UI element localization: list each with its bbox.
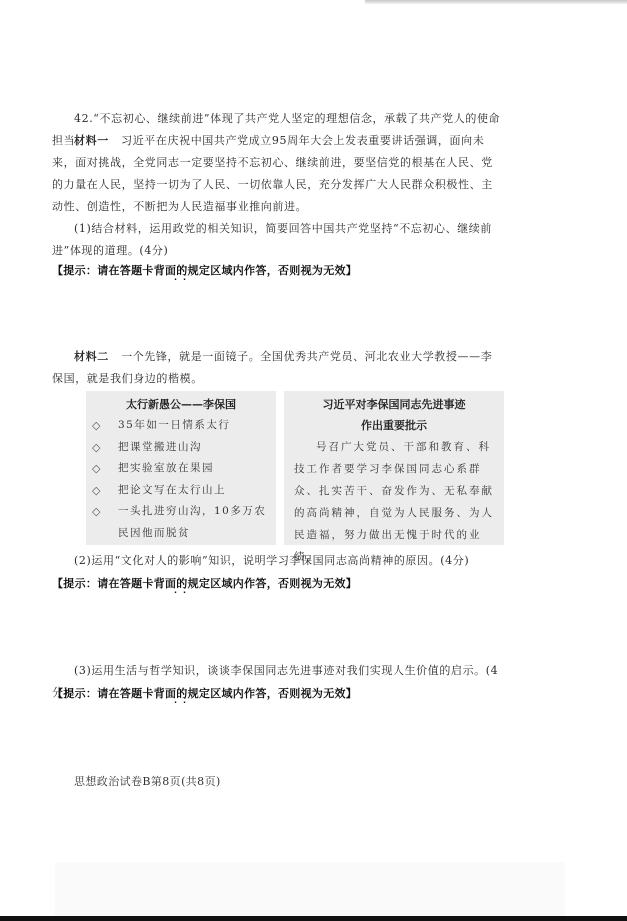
question-number: 42. [74, 112, 93, 125]
hint-text: 【提示：请在答题卡背面的规定区域内作答，否则视为无效】 [52, 264, 357, 277]
list-item-text: 把课堂搬进山沟 [118, 437, 202, 459]
material-two-text: 一个先锋，就是一面镜子。全国优秀共产党员、河北农业大学教授——李保国，就是我们身… [52, 350, 492, 385]
list-item: ◇ 一头扎进穷山沟，10多万农民因他而脱贫 [86, 501, 276, 544]
list-item: ◇ 把论文写在太行山上 [86, 480, 276, 502]
page-footer: 思想政治试卷B第8页(共8页) [74, 773, 221, 789]
diamond-bullet-icon: ◇ [92, 480, 118, 502]
scan-bottom-edge [0, 916, 627, 921]
material-one: 材料一 习近平在庆祝中国共产党成立95周年大会上发表重要讲话强调，面向未来，面对… [52, 130, 502, 218]
list-item: ◇ 把课堂搬进山沟 [86, 437, 276, 459]
hint-text: 【提示：请在答题卡背面的规定区域内作答，否则视为无效】 [52, 577, 357, 590]
hint-text: 【提示：请在答题卡背面的规定区域内作答，否则视为无效】 [52, 687, 357, 700]
material-one-label: 材料一 [74, 134, 109, 147]
list-item-text: 一头扎进穷山沟，10多万农民因他而脱贫 [118, 501, 268, 544]
material-one-text: 习近平在庆祝中国共产党成立95周年大会上发表重要讲话强调，面向未来，面对挑战，全… [52, 134, 493, 213]
emphasis-dots: ·· [174, 588, 192, 597]
sub-question-1: (1)结合材料，运用政党的相关知识，简要回答中国共产党坚持“不忘初心、继续前进”… [52, 218, 502, 262]
scan-top-edge [365, 0, 627, 4]
list-item-text: 把实验室放在果园 [118, 458, 214, 480]
emphasis-dots: ·· [174, 275, 192, 284]
answer-hint-1: 【提示：请在答题卡背面的规定区域内作答，否则视为无效】 ·· [52, 262, 357, 278]
info-box-xi-instruction: 习近平对李保国同志先进事迹 作出重要批示 号召广大党员、干部和教育、科技工作者要… [284, 391, 504, 545]
list-item-text: 把论文写在太行山上 [118, 480, 226, 502]
answer-hint-2: 【提示：请在答题卡背面的规定区域内作答，否则视为无效】 ·· [52, 575, 357, 591]
diamond-bullet-icon: ◇ [92, 501, 118, 544]
box-right-body: 号召广大党员、干部和教育、科技工作者要学习李保国同志心系群众、扎实苦干、奋发作为… [284, 436, 504, 568]
diamond-bullet-icon: ◇ [92, 458, 118, 480]
list-item-text: 35年如一日情系太行 [118, 415, 230, 437]
material-two-label: 材料二 [74, 350, 109, 363]
diamond-bullet-icon: ◇ [92, 415, 118, 437]
info-box-li-baoguo: 太行新愚公——李保国 ◇ 35年如一日情系太行 ◇ 把课堂搬进山沟 ◇ 把实验室… [86, 391, 276, 545]
box-right-title-line2: 作出重要批示 [284, 415, 504, 436]
box-left-title: 太行新愚公——李保国 [86, 394, 276, 415]
list-item: ◇ 35年如一日情系太行 [86, 415, 276, 437]
scan-bottom-area [55, 862, 565, 916]
sub-question-2: (2)运用“文化对人的影响”知识，说明学习李保国同志高尚精神的原因。(4分) [52, 550, 502, 572]
answer-hint-3: 【提示：请在答题卡背面的规定区域内作答，否则视为无效】 ·· [52, 685, 357, 701]
emphasis-dots: ·· [174, 698, 192, 707]
list-item: ◇ 把实验室放在果园 [86, 458, 276, 480]
box-right-title-line1: 习近平对李保国同志先进事迹 [284, 394, 504, 415]
diamond-bullet-icon: ◇ [92, 437, 118, 459]
material-two: 材料二 一个先锋，就是一面镜子。全国优秀共产党员、河北农业大学教授——李保国，就… [52, 346, 502, 390]
